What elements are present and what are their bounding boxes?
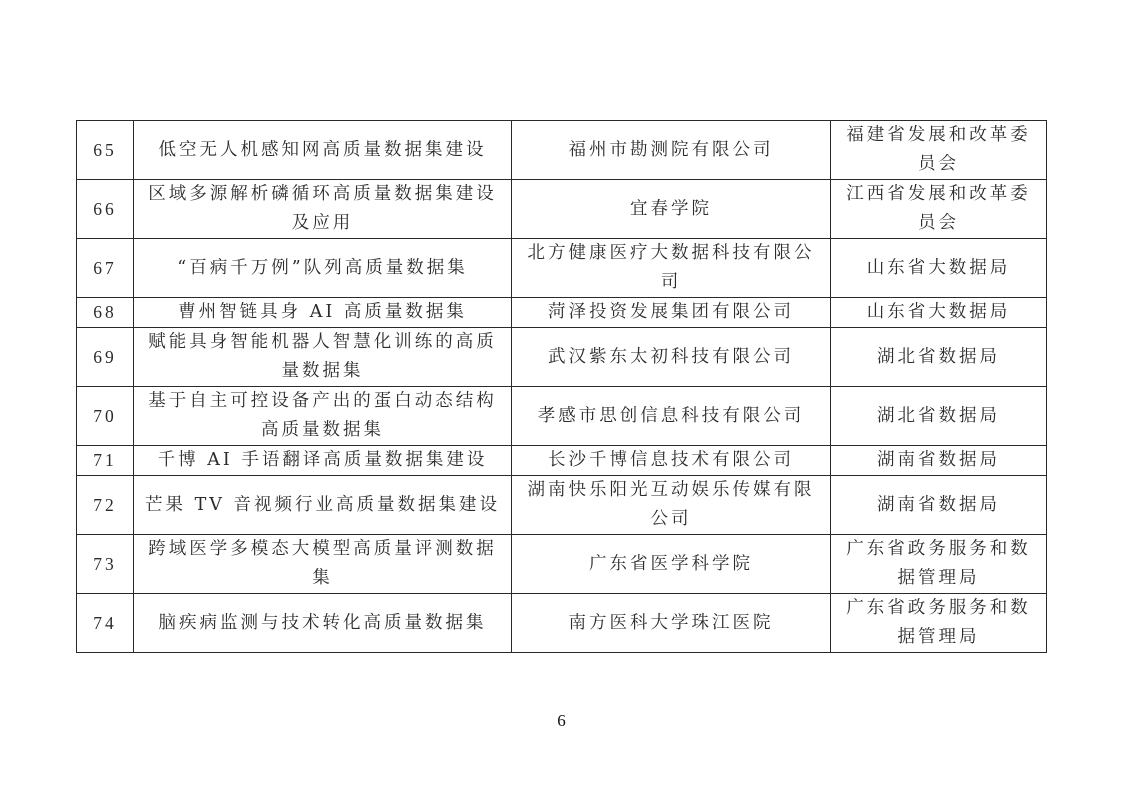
organization: 广东省医学科学院 [512,535,831,594]
recommending-agency: 广东省政务服务和数据管理局 [831,594,1047,653]
row-number: 71 [77,446,134,476]
table-row: 65 低空无人机感知网高质量数据集建设 福州市勘测院有限公司 福建省发展和改革委… [77,121,1047,180]
dataset-table: 65 低空无人机感知网高质量数据集建设 福州市勘测院有限公司 福建省发展和改革委… [76,120,1047,653]
dataset-name: 芒果 TV 音视频行业高质量数据集建设 [134,476,512,535]
row-number: 66 [77,180,134,239]
organization: 湖南快乐阳光互动娱乐传媒有限公司 [512,476,831,535]
organization: 菏泽投资发展集团有限公司 [512,298,831,328]
organization: 宜春学院 [512,180,831,239]
organization: 北方健康医疗大数据科技有限公司 [512,239,831,298]
table-row: 73 跨域医学多模态大模型高质量评测数据集 广东省医学科学院 广东省政务服务和数… [77,535,1047,594]
row-number: 72 [77,476,134,535]
table-row: 70 基于自主可控设备产出的蛋白动态结构高质量数据集 孝感市思创信息科技有限公司… [77,387,1047,446]
dataset-name: 区域多源解析磷循环高质量数据集建设及应用 [134,180,512,239]
recommending-agency: 山东省大数据局 [831,239,1047,298]
recommending-agency: 江西省发展和改革委员会 [831,180,1047,239]
row-number: 70 [77,387,134,446]
recommending-agency: 福建省发展和改革委员会 [831,121,1047,180]
organization: 南方医科大学珠江医院 [512,594,831,653]
table-row: 69 赋能具身智能机器人智慧化训练的高质量数据集 武汉紫东太初科技有限公司 湖北… [77,328,1047,387]
dataset-name: 脑疾病监测与技术转化高质量数据集 [134,594,512,653]
recommending-agency: 湖南省数据局 [831,476,1047,535]
recommending-agency: 湖北省数据局 [831,328,1047,387]
dataset-name: “百病千万例”队列高质量数据集 [134,239,512,298]
recommending-agency: 广东省政务服务和数据管理局 [831,535,1047,594]
table-body: 65 低空无人机感知网高质量数据集建设 福州市勘测院有限公司 福建省发展和改革委… [77,121,1047,653]
row-number: 68 [77,298,134,328]
recommending-agency: 湖北省数据局 [831,387,1047,446]
row-number: 67 [77,239,134,298]
row-number: 69 [77,328,134,387]
organization: 长沙千博信息技术有限公司 [512,446,831,476]
row-number: 74 [77,594,134,653]
dataset-name: 赋能具身智能机器人智慧化训练的高质量数据集 [134,328,512,387]
table-row: 74 脑疾病监测与技术转化高质量数据集 南方医科大学珠江医院 广东省政务服务和数… [77,594,1047,653]
recommending-agency: 山东省大数据局 [831,298,1047,328]
table-row: 72 芒果 TV 音视频行业高质量数据集建设 湖南快乐阳光互动娱乐传媒有限公司 … [77,476,1047,535]
document-page: 65 低空无人机感知网高质量数据集建设 福州市勘测院有限公司 福建省发展和改革委… [0,0,1123,794]
page-number: 6 [0,711,1123,731]
row-number: 73 [77,535,134,594]
table-row: 71 千博 AI 手语翻译高质量数据集建设 长沙千博信息技术有限公司 湖南省数据… [77,446,1047,476]
table-row: 66 区域多源解析磷循环高质量数据集建设及应用 宜春学院 江西省发展和改革委员会 [77,180,1047,239]
organization: 福州市勘测院有限公司 [512,121,831,180]
dataset-name: 低空无人机感知网高质量数据集建设 [134,121,512,180]
row-number: 65 [77,121,134,180]
recommending-agency: 湖南省数据局 [831,446,1047,476]
dataset-name: 基于自主可控设备产出的蛋白动态结构高质量数据集 [134,387,512,446]
organization: 武汉紫东太初科技有限公司 [512,328,831,387]
dataset-name: 跨域医学多模态大模型高质量评测数据集 [134,535,512,594]
table-row: 68 曹州智链具身 AI 高质量数据集 菏泽投资发展集团有限公司 山东省大数据局 [77,298,1047,328]
dataset-name: 曹州智链具身 AI 高质量数据集 [134,298,512,328]
organization: 孝感市思创信息科技有限公司 [512,387,831,446]
dataset-name: 千博 AI 手语翻译高质量数据集建设 [134,446,512,476]
table-row: 67 “百病千万例”队列高质量数据集 北方健康医疗大数据科技有限公司 山东省大数… [77,239,1047,298]
